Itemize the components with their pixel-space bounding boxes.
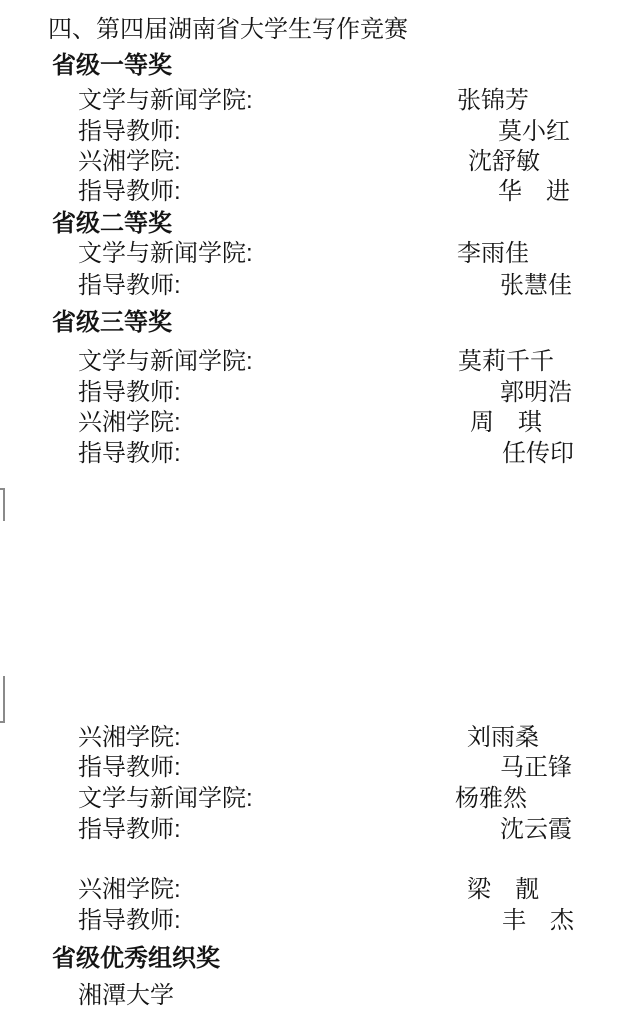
advisor-label: 指导教师: [78,439,181,469]
section-heading-second-prize: 省级二等奖 [52,209,172,239]
winner-name: 杨雅然 [455,784,527,814]
section-heading-first-prize: 省级一等奖 [52,51,172,81]
award-entry-row: 兴湘学院: 周 琪 [0,408,633,438]
advisor-name: 华 进 [498,177,570,207]
award-entry-row: 指导教师: 张慧佳 [0,271,633,301]
award-entry-row: 文学与新闻学院: 杨雅然 [0,784,633,814]
section-heading-third-prize: 省级三等奖 [52,308,172,338]
award-entry-row: 文学与新闻学院: 莫莉千千 [0,347,633,377]
award-entry-row: 指导教师: 莫小红 [0,117,633,147]
award-entry-row: 兴湘学院: 梁 靓 [0,875,633,905]
award-entry-row: 文学与新闻学院: 张锦芳 [0,86,633,116]
advisor-label: 指导教师: [78,378,181,408]
award-entry-row: 指导教师: 任传印 [0,439,633,469]
winner-name: 周 琪 [470,408,542,438]
institution-label: 文学与新闻学院: [78,239,253,269]
document-title: 四、第四届湖南省大学生写作竞赛 [48,15,408,45]
winner-name: 张锦芳 [457,86,529,116]
institution-label: 兴湘学院: [78,875,181,905]
institution-label: 兴湘学院: [78,147,181,177]
advisor-label: 指导教师: [78,906,181,936]
institution-label: 文学与新闻学院: [78,86,253,116]
advisor-name: 任传印 [502,439,574,469]
page-corner-crop-mark-top [0,488,5,521]
institution-label: 兴湘学院: [78,723,181,753]
advisor-name: 丰 杰 [502,906,574,936]
section-heading-organization-award: 省级优秀组织奖 [52,944,220,974]
award-entry-row: 文学与新闻学院: 李雨佳 [0,239,633,269]
institution-name: 湘潭大学 [78,981,174,1011]
winner-name: 梁 靓 [467,875,539,905]
advisor-name: 马正锋 [500,753,572,783]
award-entry-row: 湘潭大学 [0,981,633,1011]
award-entry-row: 指导教师: 华 进 [0,177,633,207]
winner-name: 刘雨桑 [467,723,539,753]
winner-name: 莫莉千千 [458,347,554,377]
institution-label: 文学与新闻学院: [78,784,253,814]
advisor-name: 郭明浩 [500,378,572,408]
award-entry-row: 指导教师: 丰 杰 [0,906,633,936]
advisor-name: 莫小红 [498,117,570,147]
institution-label: 兴湘学院: [78,408,181,438]
award-entry-row: 指导教师: 沈云霞 [0,815,633,845]
advisor-label: 指导教师: [78,753,181,783]
advisor-label: 指导教师: [78,271,181,301]
institution-label: 文学与新闻学院: [78,347,253,377]
winner-name: 沈舒敏 [468,147,540,177]
page-corner-crop-mark-bottom [0,676,5,723]
advisor-label: 指导教师: [78,815,181,845]
advisor-label: 指导教师: [78,117,181,147]
advisor-name: 张慧佳 [500,271,572,301]
winner-name: 李雨佳 [457,239,529,269]
award-entry-row: 兴湘学院: 刘雨桑 [0,723,633,753]
award-entry-row: 指导教师: 郭明浩 [0,378,633,408]
award-entry-row: 指导教师: 马正锋 [0,753,633,783]
document-page: 四、第四届湖南省大学生写作竞赛 省级一等奖 文学与新闻学院: 张锦芳 指导教师:… [0,0,633,1016]
advisor-name: 沈云霞 [500,815,572,845]
award-entry-row: 兴湘学院: 沈舒敏 [0,147,633,177]
advisor-label: 指导教师: [78,177,181,207]
